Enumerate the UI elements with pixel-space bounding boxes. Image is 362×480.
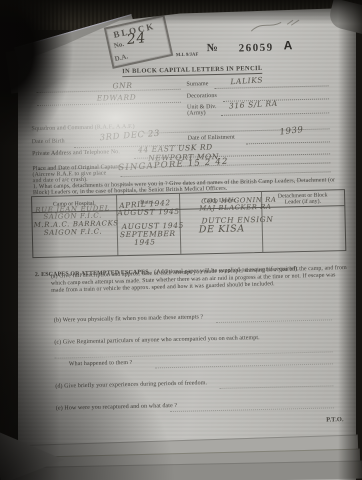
serial-number-label: № [207,42,218,54]
form-heading: IN BLOCK CAPITAL LETTERS IN PENCIL [122,65,263,77]
right-edge-shadow [338,0,362,480]
stamp-text: No. [113,40,125,50]
decorations-label: Decorations [187,93,217,101]
question-2c2-text: What happened to them ? [69,360,133,368]
question-2d-text: (d) Give briefly your experiences during… [55,380,207,390]
question-2c-text: (c) Give Regimental particulars of anyon… [54,335,260,347]
date-of-birth-label: Date of Birth [32,138,65,146]
form-reference: M.I. 9/JAF [176,52,199,57]
leader-row1-line2: MAJ BLACKER RA [199,203,271,213]
camp-row2-line2: SAIGON F.I.C. [44,228,103,237]
leader-row2-line2: DE KISA [199,223,245,235]
photo-of-document: BLOCK No. 24 D.A. M.I. 9/JAF № 26059 A I… [0,0,362,480]
serial-series-letter: A [283,38,292,52]
header-detachment-line2: Leader (if any). [285,198,321,205]
question-2e-text: (e) How were you recaptured and on what … [56,403,178,413]
pencil-scribble-icon [247,16,311,37]
dates-row2-line3: 1945 [134,237,156,246]
private-address-label: Private Address and Telephone No. [32,149,120,158]
unit-div-label-2: (Army) [187,110,206,117]
form-content: BLOCK No. 24 D.A. M.I. 9/JAF № 26059 A I… [0,0,362,480]
question-2b-text: (b) Were you physically fit when you mad… [54,314,204,324]
stamp-handwritten-number: 24 [126,30,147,48]
block-number-stamp: BLOCK No. 24 D.A. [104,15,174,69]
date-of-enlistment-label: Date of Enlistment [188,135,235,143]
serial-number-value: 26059 [239,42,274,55]
dates-row1-line2: AUGUST 1945 [117,207,179,217]
surname-label: Surname [186,81,208,88]
stamp-text: D.A. [114,52,129,63]
